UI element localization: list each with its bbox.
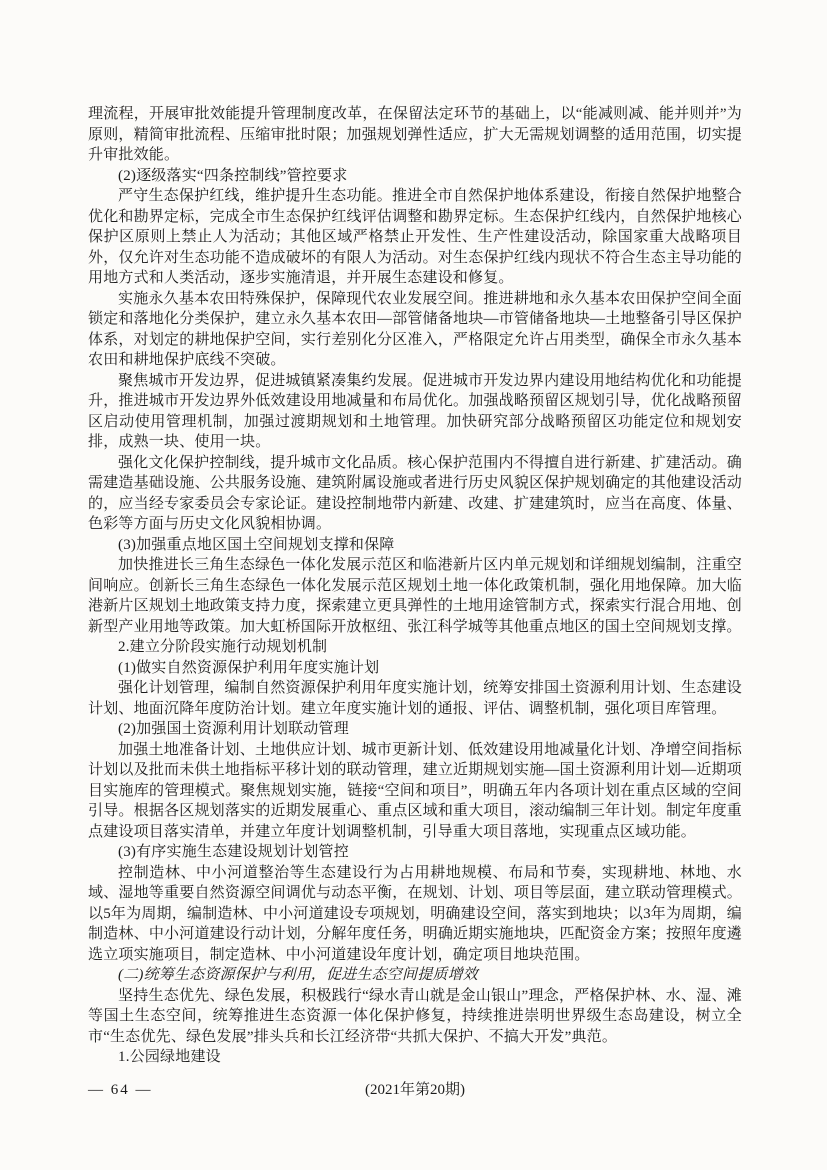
document-page: 理流程，开展审批效能提升管理制度改革，在保留法定环节的基础上，以“能减则减、能并…	[0, 0, 827, 1170]
paragraph: 坚持生态优先、绿色发展，积极践行“绿水青山就是金山银山”理念，严格保护林、水、湿…	[88, 986, 742, 1048]
section-heading: (2)加强国土资源利用计划联动管理	[88, 719, 742, 740]
paragraph: 强化计划管理，编制自然资源保护利用年度实施计划，统筹安排国土资源利用计划、生态建…	[88, 678, 742, 719]
section-heading: (3)有序实施生态建设规划计划管控	[88, 842, 742, 863]
section-heading: (3)加强重点地区国土空间规划支撑和保障	[88, 535, 742, 556]
paragraph: 实施永久基本农田特殊保护，保障现代农业发展空间。推进耕地和永久基本农田保护空间全…	[88, 289, 742, 371]
footer: — 64 — (2021年第20期)	[88, 1080, 742, 1102]
section-heading: (2)逐级落实“四条控制线”管控要求	[88, 166, 742, 187]
section-heading: (二)统筹生态资源保护与利用，促进生态空间提质增效	[88, 965, 742, 986]
section-heading: 1.公园绿地建设	[88, 1047, 742, 1068]
paragraph: 聚焦城市开发边界，促进城镇紧凑集约发展。促进城市开发边界内建设用地结构优化和功能…	[88, 371, 742, 453]
paragraph: 控制造林、中小河道整治等生态建设行为占用耕地规模、布局和节奏，实现耕地、林地、水…	[88, 863, 742, 966]
paragraph: 加快推进长三角生态绿色一体化发展示范区和临港新片区内单元规划和详细规划编制，注重…	[88, 555, 742, 637]
section-heading: 2.建立分阶段实施行动规划机制	[88, 637, 742, 658]
issue-label: (2021年第20期)	[88, 1080, 742, 1101]
paragraph: 理流程，开展审批效能提升管理制度改革，在保留法定环节的基础上，以“能减则减、能并…	[88, 104, 742, 166]
paragraph: 强化文化保护控制线，提升城市文化品质。核心保护范围内不得擅自进行新建、扩建活动。…	[88, 453, 742, 535]
body-text: 理流程，开展审批效能提升管理制度改革，在保留法定环节的基础上，以“能减则减、能并…	[88, 104, 742, 1068]
paragraph: 加强土地准备计划、土地供应计划、城市更新计划、低效建设用地减量化计划、净增空间指…	[88, 740, 742, 843]
section-heading: (1)做实自然资源保护利用年度实施计划	[88, 658, 742, 679]
paragraph: 严守生态保护红线，维护提升生态功能。推进全市自然保护地体系建设，衔接自然保护地整…	[88, 186, 742, 289]
